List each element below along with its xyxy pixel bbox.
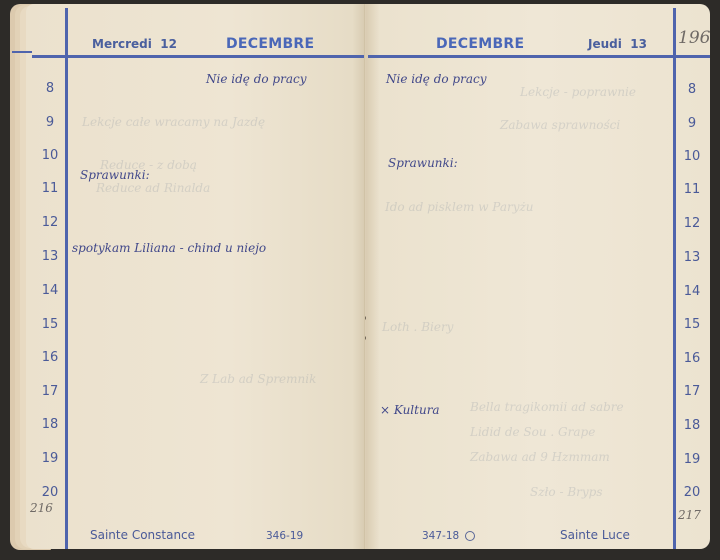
hour-label: 9 bbox=[680, 116, 704, 131]
hour-label: 15 bbox=[680, 317, 704, 332]
saint-of-day: Sainte Luce bbox=[560, 528, 630, 542]
pencil-page-number: 216 bbox=[30, 501, 53, 515]
hour-label: 12 bbox=[680, 216, 704, 231]
hour-label: 14 bbox=[38, 283, 62, 298]
hour-label: 18 bbox=[680, 418, 704, 433]
handwritten-entry: × Kultura bbox=[380, 403, 440, 417]
left-margin-rule bbox=[65, 8, 68, 549]
handwritten-entry: Sprawunki: bbox=[80, 168, 150, 182]
pencil-page-number: 217 bbox=[678, 508, 701, 522]
ghost-text: Reduce ad Rinalda bbox=[96, 181, 210, 195]
hour-label: 20 bbox=[38, 485, 62, 500]
hour-label: 10 bbox=[680, 149, 704, 164]
saint-of-day: Sainte Constance bbox=[90, 528, 195, 542]
hour-label: 16 bbox=[38, 350, 62, 365]
hour-label: 17 bbox=[680, 384, 704, 399]
open-diary: Lekcje całe wracamy na Jazdę Reduce - z … bbox=[0, 0, 720, 560]
ghost-text: Lidid de Sou . Grape bbox=[470, 425, 595, 439]
hour-label: 8 bbox=[680, 82, 704, 97]
hour-label: 16 bbox=[680, 351, 704, 366]
right-month-title: DECEMBRE bbox=[436, 36, 524, 52]
pencil-page-number: 196 bbox=[678, 28, 710, 48]
hour-label: 20 bbox=[680, 485, 704, 500]
ghost-text: Zabawa sprawności bbox=[500, 118, 620, 132]
hour-label: 8 bbox=[38, 81, 62, 96]
ghost-text: Szło - Bryps bbox=[530, 485, 603, 499]
day-of-year-count: 347-18 bbox=[422, 530, 475, 542]
left-page bbox=[26, 4, 366, 549]
right-header-rule bbox=[368, 55, 710, 58]
edge-header-rule bbox=[12, 51, 32, 53]
right-margin-rule bbox=[673, 8, 676, 549]
left-month-title: DECEMBRE bbox=[226, 36, 314, 52]
hour-label: 11 bbox=[38, 181, 62, 196]
hour-label: 15 bbox=[38, 317, 62, 332]
day-of-year-count: 346-19 bbox=[266, 530, 303, 542]
ghost-text: Lekcje - poprawnie bbox=[520, 85, 636, 99]
ghost-text: Bella tragikomii ad sabre bbox=[470, 400, 624, 414]
hour-label: 12 bbox=[38, 215, 62, 230]
handwritten-entry: Nie idę do pracy bbox=[386, 72, 486, 86]
left-weekday-date: Mercredi 12 bbox=[92, 37, 177, 51]
hour-label: 19 bbox=[680, 452, 704, 467]
hour-label: 10 bbox=[38, 148, 62, 163]
right-weekday-date: Jeudi 13 bbox=[588, 37, 647, 51]
ghost-text: Loth . Biery bbox=[382, 320, 453, 334]
ghost-text: Ido ad pisklem w Paryżu bbox=[385, 200, 534, 214]
hour-label: 13 bbox=[38, 249, 62, 264]
handwritten-entry: spotykam Liliana - chind u niejo bbox=[72, 241, 266, 255]
handwritten-entry: Nie idę do pracy bbox=[206, 72, 306, 86]
hour-label: 9 bbox=[38, 115, 62, 130]
left-header-rule bbox=[32, 55, 366, 58]
hour-label: 17 bbox=[38, 384, 62, 399]
hour-label: 19 bbox=[38, 451, 62, 466]
hour-label: 14 bbox=[680, 284, 704, 299]
ghost-text: Zabawa ad 9 Hzmmam bbox=[470, 450, 610, 464]
ghost-text: Z Lab ad Spremnik bbox=[200, 372, 316, 386]
hour-label: 13 bbox=[680, 250, 704, 265]
handwritten-entry: Sprawunki: bbox=[388, 156, 458, 170]
ghost-text: Lekcje całe wracamy na Jazdę bbox=[82, 115, 265, 129]
full-moon-icon bbox=[465, 531, 475, 541]
hour-label: 11 bbox=[680, 182, 704, 197]
hour-label: 18 bbox=[38, 417, 62, 432]
